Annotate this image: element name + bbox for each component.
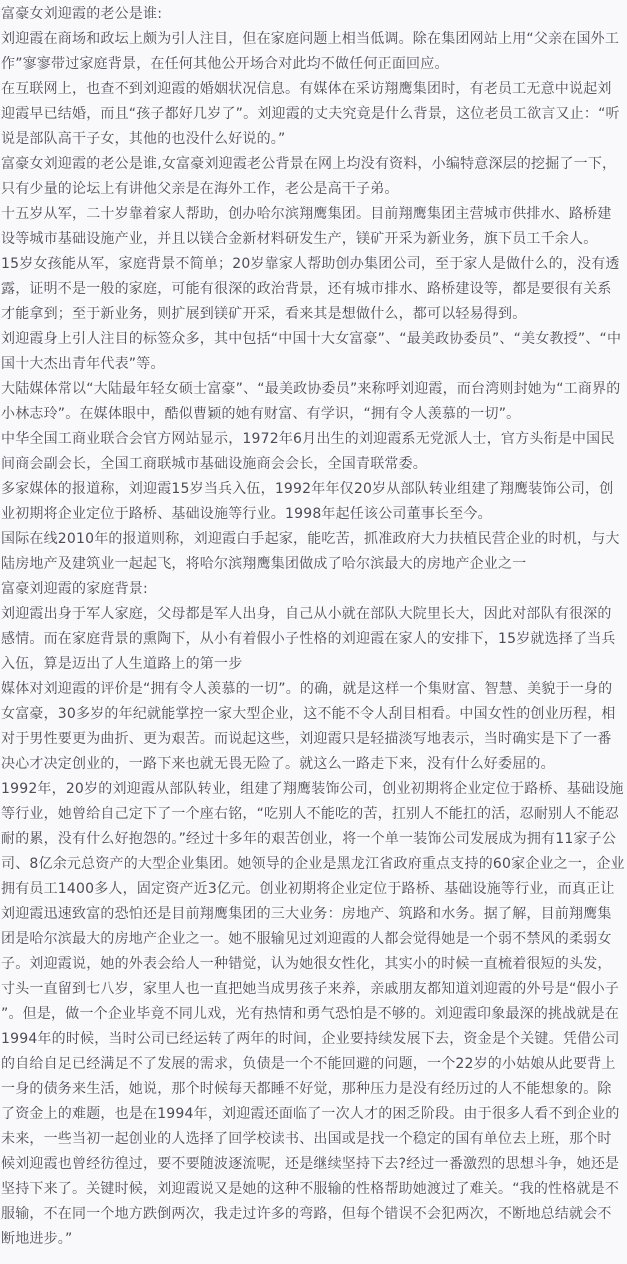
paragraph-5: 十五岁从军，二十岁靠着家人帮助，创办哈尔滨翔鹰集团。目前翔鹰集团主营城市供排水、… — [1, 202, 625, 252]
page: { "page": { "background_color": "#f9f9fc… — [0, 0, 627, 1264]
paragraph-7: 刘迎霞身上引人注目的标签众多，其中包括“中国十大女富豪”、“最美政协委员”、“美… — [1, 327, 625, 377]
paragraph-2: 刘迎霞在商场和政坛上颇为引人注目，但在家庭问题上相当低调。除在集团网站上用“父亲… — [1, 27, 625, 77]
paragraph-1: 富豪女刘迎霞的老公是谁: — [1, 2, 625, 27]
paragraph-9: 中华全国工商业联合会官方网站显示，1972年6月出生的刘迎霞系无党派人士，官方头… — [1, 427, 625, 477]
paragraph-12: 富豪刘迎霞的家庭背景: — [1, 577, 625, 602]
paragraph-3: 在互联网上，也查不到刘迎霞的婚姻状况信息。有媒体在采访翔鹰集团时，有老员工无意中… — [1, 77, 625, 152]
paragraph-4: 富豪女刘迎霞的老公是谁,女富豪刘迎霞老公背景在网上均没有资料，小编特意深层的挖掘… — [1, 152, 625, 202]
paragraph-8: 大陆媒体常以“大陆最年轻女硕士富豪”、“最美政协委员”来称呼刘迎霞，而台湾则封她… — [1, 377, 625, 427]
paragraph-6: 15岁女孩能从军，家庭背景不简单；20岁靠家人帮助创办集团公司，至于家人是做什么… — [1, 252, 625, 327]
paragraph-13: 刘迎霞出身于军人家庭，父母都是军人出身，自己从小就在部队大院里长大，因此对部队有… — [1, 602, 625, 677]
paragraph-15: 1992年，20岁的刘迎霞从部队转业，组建了翔鹰装饰公司，创业初期将企业定位于路… — [1, 777, 625, 1252]
paragraph-10: 多家媒体的报道称，刘迎霞15岁当兵入伍，1992年年仅20岁从部队转业组建了翔鹰… — [1, 477, 625, 527]
paragraph-11: 国际在线2010年的报道则称，刘迎霞白手起家，能吃苦，抓准政府大力扶植民营企业的… — [1, 527, 625, 577]
article-body: 富豪女刘迎霞的老公是谁:刘迎霞在商场和政坛上颇为引人注目，但在家庭问题上相当低调… — [0, 0, 627, 1264]
paragraph-14: 媒体对刘迎霞的评价是“拥有令人羡慕的一切”。的确，就是这样一个集财富、智慧、美貌… — [1, 677, 625, 777]
